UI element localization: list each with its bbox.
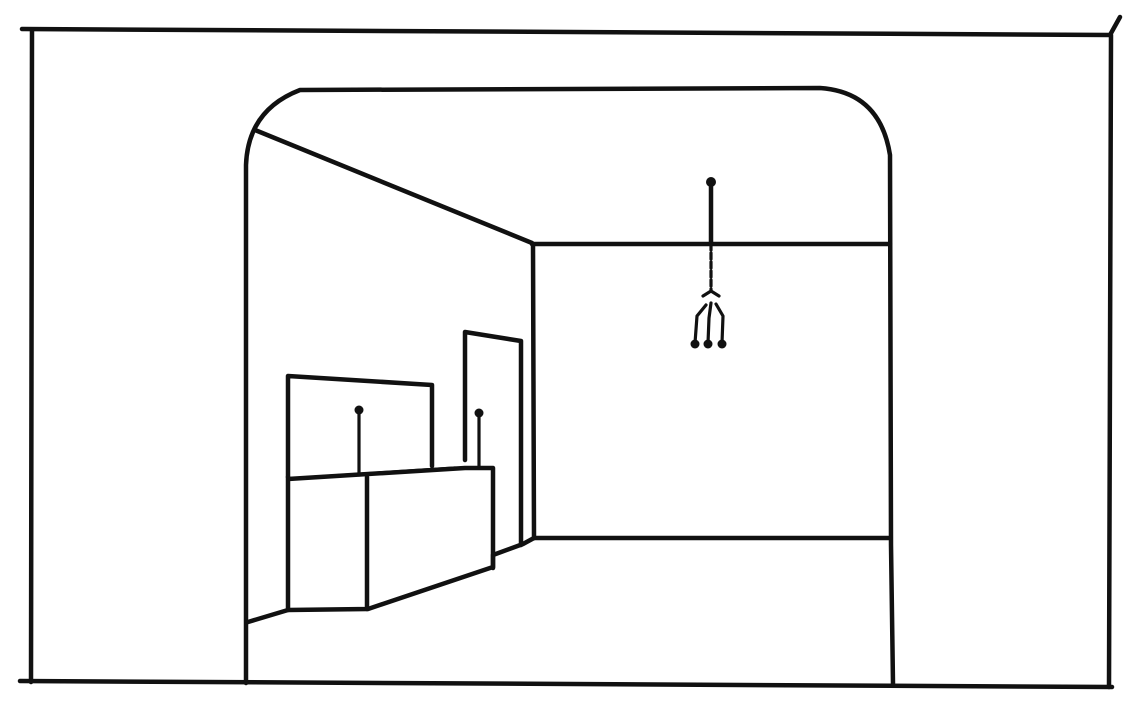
- paper-background: [0, 0, 1139, 712]
- lamp-bulb-icon: [475, 409, 484, 418]
- chandelier-bulb-icon: [704, 340, 713, 349]
- chandelier-bulb-icon: [718, 340, 727, 349]
- chandelier-bulb-icon: [691, 340, 700, 349]
- back-wall-left-corner: [533, 244, 534, 538]
- room-sketch: Room interior sketch viewed through an a…: [0, 0, 1139, 712]
- lamp-bulb-icon: [355, 406, 364, 415]
